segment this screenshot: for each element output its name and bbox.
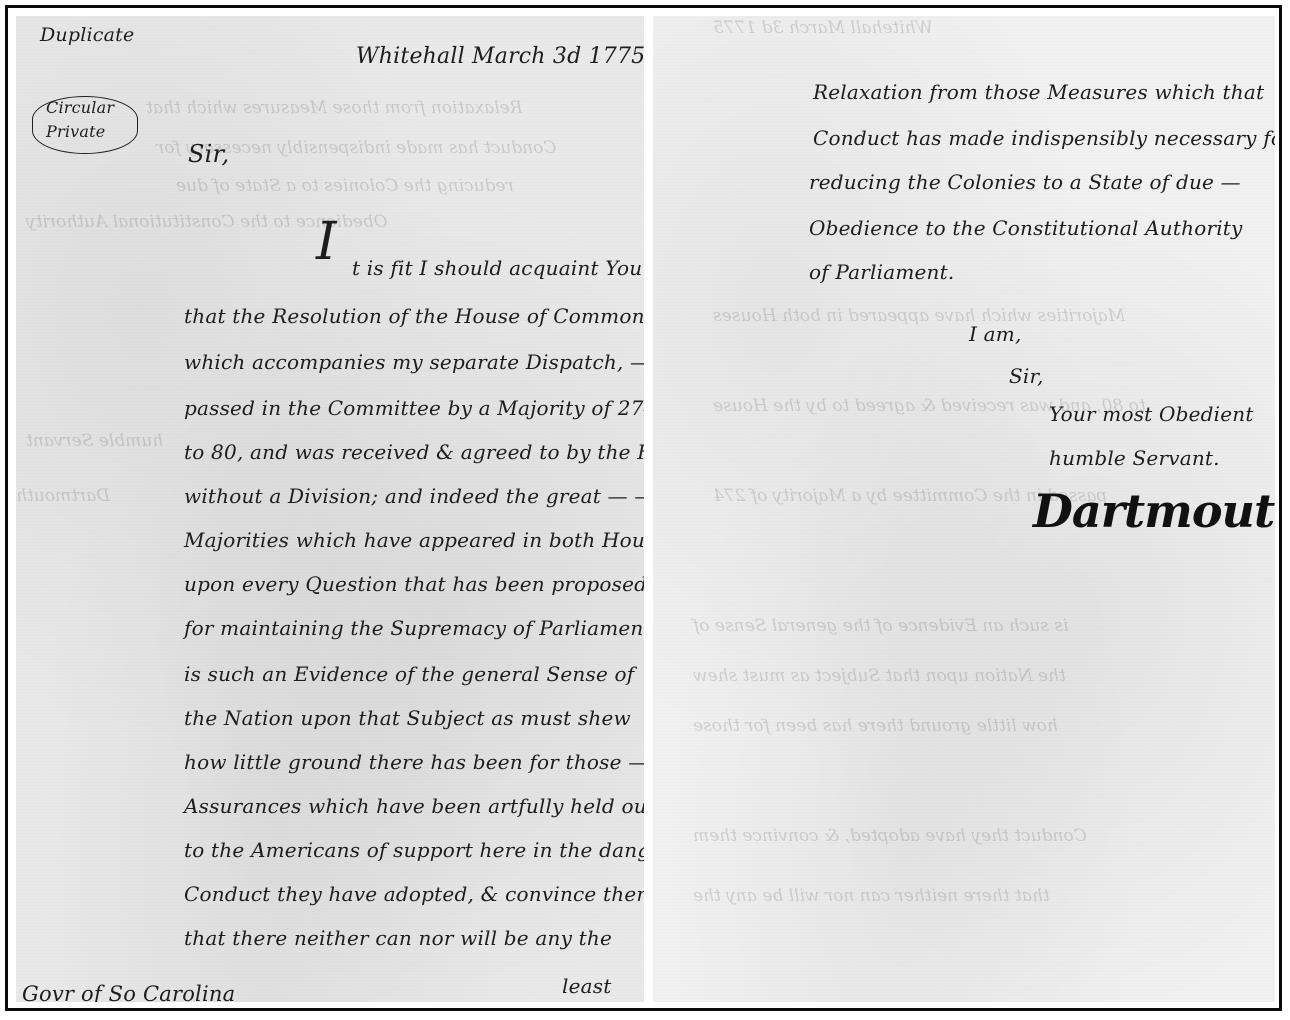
letter-line: passed in the Committee by a Majority of… — [184, 396, 644, 420]
letter-line: upon every Question that has been propos… — [184, 572, 644, 596]
letter-line: for maintaining the Supremacy of Parliam… — [184, 616, 644, 640]
bleed-through-text: Majorities which have appeared in both H… — [713, 306, 1125, 326]
bleed-through-text: Dartmouth — [16, 486, 110, 506]
letter-line: that the Resolution of the House of Comm… — [184, 304, 644, 328]
bleed-through-text: reducing the Colonies to a State of due — [176, 176, 514, 196]
dateline: Whitehall March 3d 1775. — [356, 44, 644, 69]
letter-line: Conduct they have adopted, & convince th… — [184, 882, 644, 906]
bleed-through-text: Conduct they have adopted, & convince th… — [693, 826, 1087, 846]
letter-line: reducing the Colonies to a State of due … — [809, 170, 1241, 194]
annotation-duplicate: Duplicate — [40, 24, 134, 46]
letter-line: of Parliament. — [809, 260, 954, 284]
letter-line: t is fit I should acquaint You — [352, 256, 642, 280]
salutation: Sir, — [188, 140, 229, 168]
bleed-through-text: the Nation upon that Subject as must she… — [693, 666, 1066, 686]
letter-line: is such an Evidence of the general Sense… — [184, 662, 634, 686]
letter-line: Assurances which have been artfully held… — [184, 794, 644, 818]
right-page: Whitehall March 3d 1775 Majorities which… — [653, 16, 1275, 1002]
bleed-through-text: humble Servant — [26, 431, 163, 451]
left-page: Relaxation from those Measures which tha… — [16, 16, 644, 1002]
letter-line: that there neither can nor will be any t… — [184, 926, 612, 950]
letter-line: to 80, and was received & agreed to by t… — [184, 440, 644, 464]
signature: Dartmouth — [1033, 484, 1275, 538]
closing-sir: Sir, — [1009, 364, 1044, 388]
bleed-through-text: Whitehall March 3d 1775 — [713, 18, 933, 38]
addressee: Govr of So Carolina — [22, 982, 235, 1002]
bleed-through-text: that there neither can nor will be any t… — [693, 886, 1050, 906]
letter-line: Conduct has made indispensibly necessary… — [813, 126, 1275, 150]
closing-i-am: I am, — [969, 322, 1022, 346]
letter-line: Majorities which have appeared in both H… — [184, 528, 644, 552]
letter-line: which accompanies my separate Dispatch, … — [184, 350, 644, 374]
opening-capital: I — [316, 212, 337, 272]
document-frame: Relaxation from those Measures which tha… — [5, 5, 1282, 1011]
closing-humble-servant: humble Servant. — [1049, 446, 1220, 470]
annotation-circular: Circular — [46, 98, 114, 117]
letter-line: to the Americans of support here in the … — [184, 838, 644, 862]
annotation-private: Private — [46, 122, 105, 141]
letter-line: without a Division; and indeed the great… — [184, 484, 644, 508]
letter-line: how little ground there has been for tho… — [184, 750, 644, 774]
bleed-through-text: is such an Evidence of the general Sense… — [693, 616, 1069, 636]
letter-line: Relaxation from those Measures which tha… — [813, 80, 1264, 104]
bleed-through-text: how little ground there has been for tho… — [693, 716, 1058, 736]
letter-line: Obedience to the Constitutional Authorit… — [809, 216, 1243, 240]
bleed-through-text: Relaxation from those Measures which tha… — [146, 98, 523, 118]
catchword: least — [562, 974, 611, 998]
letter-line: the Nation upon that Subject as must she… — [184, 706, 631, 730]
closing-your-most-obedient: Your most Obedient — [1049, 402, 1254, 426]
